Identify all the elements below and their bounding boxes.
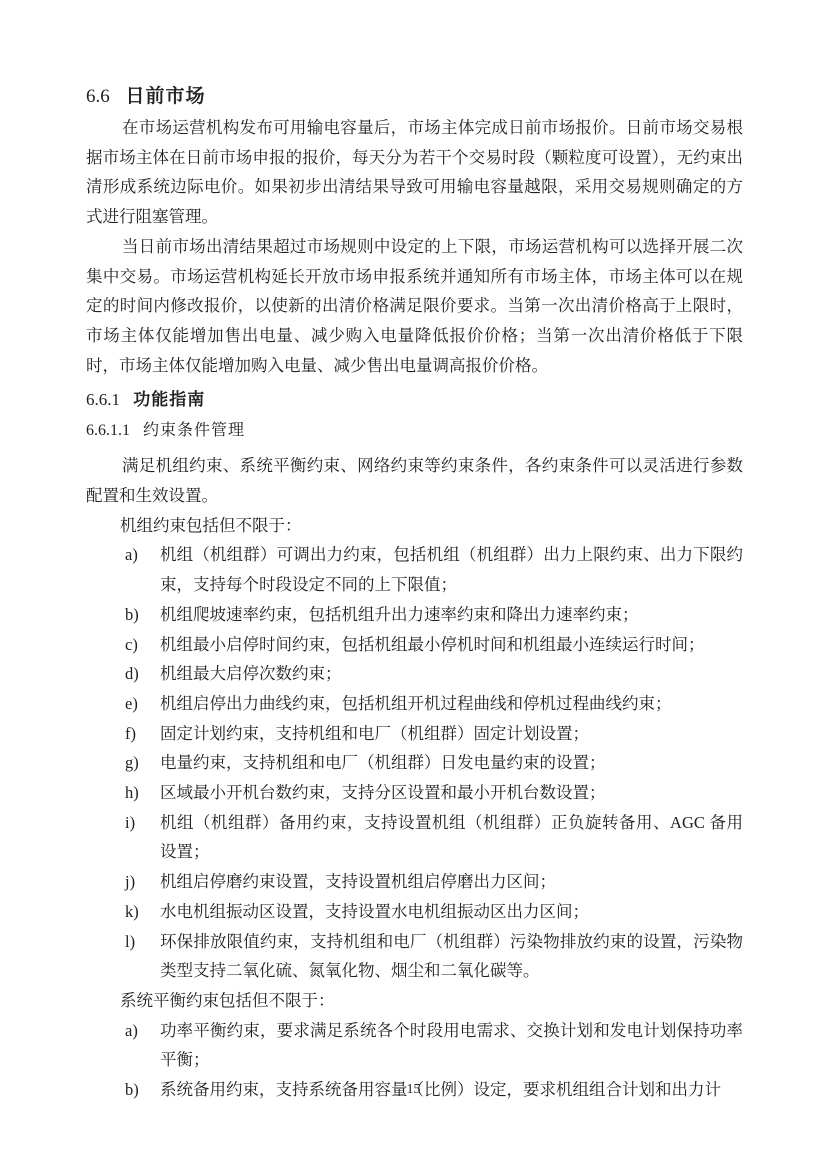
- subsubsection-title: 约束条件管理: [143, 422, 245, 439]
- list-item-text: 机组最大启停次数约束；: [160, 664, 342, 683]
- list-item-text: 机组启停磨约束设置，支持设置机组启停磨出力区间；: [160, 872, 556, 891]
- section-title: 日前市场: [126, 86, 206, 107]
- list-item: l)环保排放限值约束，支持机组和电厂（机组群）污染物排放约束的设置，污染物类型支…: [86, 927, 743, 986]
- list-item: b)机组爬坡速率约束，包括机组升出力速率约束和降出力速率约束；: [86, 600, 743, 630]
- list-item-text: 区域最小开机台数约束，支持分区设置和最小开机台数设置；: [160, 783, 606, 802]
- paragraph-constraint-intro: 满足机组约束、系统平衡约束、网络约束等约束条件，各约束条件可以灵活进行参数配置和…: [86, 451, 743, 510]
- list-item: f)固定计划约束，支持机组和电厂（机组群）固定计划设置；: [86, 719, 743, 749]
- list-item-marker: c): [125, 630, 138, 660]
- subsection-number: 6.6.1: [86, 390, 120, 409]
- list-item-marker: d): [125, 659, 139, 689]
- list-item: j)机组启停磨约束设置，支持设置机组启停磨出力区间；: [86, 867, 743, 897]
- document-page: 6.6 日前市场 在市场运营机构发布可用输电容量后，市场主体完成日前市场报价。日…: [0, 0, 827, 1169]
- list-item-text: 电量约束，支持机组和电厂（机组群）日发电量约束的设置；: [160, 753, 606, 772]
- list-item-text: 机组（机组群）备用约束，支持设置机组（机组群）正负旋转备用、AGC 备用设置；: [160, 813, 743, 862]
- list-item: g)电量约束，支持机组和电厂（机组群）日发电量约束的设置；: [86, 748, 743, 778]
- list-item-text: 机组最小启停时间约束，包括机组最小停机时间和机组最小连续运行时间；: [160, 635, 705, 654]
- subsubsection-number: 6.6.1.1: [86, 422, 130, 439]
- unit-constraints-list: a)机组（机组群）可调出力约束，包括机组（机组群）出力上限约束、出力下限约束，支…: [86, 540, 743, 986]
- list-item-text: 水电机组振动区设置，支持设置水电机组振动区出力区间；: [160, 902, 589, 921]
- list-item-marker: a): [125, 1016, 138, 1046]
- page-number: 15: [0, 1081, 827, 1099]
- list-item-marker: a): [125, 540, 138, 570]
- list-item: h)区域最小开机台数约束，支持分区设置和最小开机台数设置；: [86, 778, 743, 808]
- paragraph-market-bidding: 在市场运营机构发布可用输电容量后，市场主体完成日前市场报价。日前市场交易根据市场…: [86, 113, 743, 232]
- list-item-marker: g): [125, 748, 139, 778]
- list-item: k)水电机组振动区设置，支持设置水电机组振动区出力区间；: [86, 897, 743, 927]
- list-item-marker: k): [125, 897, 139, 927]
- list-item-marker: l): [125, 927, 135, 957]
- list-item-text: 固定计划约束，支持机组和电厂（机组群）固定计划设置；: [160, 724, 589, 743]
- list-item-text: 功率平衡约束，要求满足系统各个时段用电需求、交换计划和发电计划保持功率平衡；: [160, 1021, 743, 1070]
- list-item: c)机组最小启停时间约束，包括机组最小停机时间和机组最小连续运行时间；: [86, 630, 743, 660]
- list-item: i)机组（机组群）备用约束，支持设置机组（机组群）正负旋转备用、AGC 备用设置…: [86, 808, 743, 867]
- paragraph-secondary-trading: 当日前市场出清结果超过市场规则中设定的上下限，市场运营机构可以选择开展二次集中交…: [86, 232, 743, 381]
- list-item: a)机组（机组群）可调出力约束，包括机组（机组群）出力上限约束、出力下限约束，支…: [86, 540, 743, 599]
- list-item-marker: b): [125, 600, 139, 630]
- section-heading: 6.6 日前市场: [86, 84, 743, 110]
- list-item-marker: i): [125, 808, 135, 838]
- subsection-heading: 6.6.1 功能指南: [86, 386, 743, 414]
- list-item-marker: f): [125, 719, 136, 749]
- subsection-title: 功能指南: [133, 390, 205, 409]
- system-constraints-lead: 系统平衡约束包括但不限于：: [86, 986, 743, 1016]
- list-item-text: 环保排放限值约束，支持机组和电厂（机组群）污染物排放约束的设置，污染物类型支持二…: [160, 932, 743, 981]
- list-item-text: 机组爬坡速率约束，包括机组升出力速率约束和降出力速率约束；: [160, 605, 639, 624]
- list-item-marker: h): [125, 778, 139, 808]
- unit-constraints-lead: 机组约束包括但不限于：: [86, 511, 743, 541]
- list-item-text: 机组启停出力曲线约束，包括机组开机过程曲线和停机过程曲线约束；: [160, 694, 672, 713]
- subsubsection-heading: 6.6.1.1 约束条件管理: [86, 417, 743, 445]
- page-content: 6.6 日前市场 在市场运营机构发布可用输电容量后，市场主体完成日前市场报价。日…: [86, 84, 743, 1105]
- list-item-text: 机组（机组群）可调出力约束，包括机组（机组群）出力上限约束、出力下限约束，支持每…: [160, 545, 743, 594]
- list-item: e)机组启停出力曲线约束，包括机组开机过程曲线和停机过程曲线约束；: [86, 689, 743, 719]
- list-item-marker: j): [125, 867, 135, 897]
- list-item: a)功率平衡约束，要求满足系统各个时段用电需求、交换计划和发电计划保持功率平衡；: [86, 1016, 743, 1075]
- section-number: 6.6: [86, 86, 110, 107]
- list-item-marker: e): [125, 689, 138, 719]
- list-item: d)机组最大启停次数约束；: [86, 659, 743, 689]
